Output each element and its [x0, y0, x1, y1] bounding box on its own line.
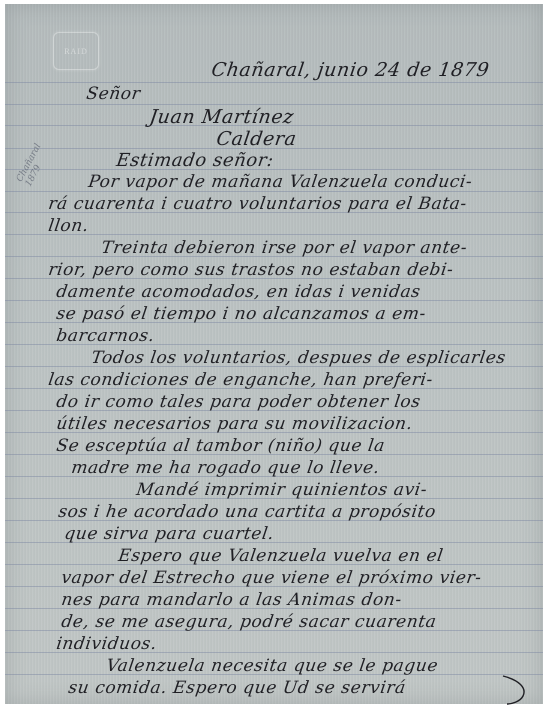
body-line: Mandé imprimir quinientos avi- [135, 480, 429, 500]
body-line: nes para mandarlo a las Animas don- [60, 590, 403, 610]
body-line: rá cuarenta i cuatro voluntarios para el… [47, 194, 468, 214]
body-line: Todos los voluntarios, despues de esplic… [90, 348, 507, 368]
body-line: do ir como tales para poder obtener los [55, 392, 422, 412]
body-line: que sirva para cuartel. [63, 524, 275, 544]
letter-page: RAID Chañaral 1879 Chañaral, junio 24 de… [5, 4, 543, 704]
body-line: útiles necesarios para su movilizacion. [55, 414, 414, 434]
body-line: Por vapor de mañana Valenzuela conduci- [87, 172, 474, 192]
salutation-title: Señor [85, 84, 142, 104]
body-line: Se esceptúa al tambor (niño) que la [55, 436, 386, 456]
ruled-line [5, 82, 543, 83]
body-line: Valenzuela necesita que se le pague [105, 656, 439, 676]
recipient-place: Caldera [215, 128, 298, 150]
embossed-stamp-icon: RAID [53, 32, 99, 70]
greeting: Estimado señor: [115, 150, 275, 171]
body-line: rior, pero como sus trastos no estaban d… [47, 260, 455, 280]
body-line: sos i he acordado una cartita a propósit… [57, 502, 437, 522]
body-line: vapor del Estrecho que viene el próximo … [60, 568, 483, 588]
ruled-line [5, 169, 543, 170]
body-line: Espero que Valenzuela vuelva en el [117, 546, 445, 566]
body-line: madre me ha rogado que lo lleve. [70, 458, 381, 478]
body-line: de, se me asegura, podré sacar cuarenta [60, 612, 438, 632]
body-line: barcarnos. [55, 326, 156, 346]
body-line: se pasó el tiempo i no alcanzamos a em- [55, 304, 427, 324]
body-line: Treinta debieron irse por el vapor ante- [100, 238, 469, 258]
ruled-line [5, 104, 543, 105]
page-turn-flourish-icon [501, 674, 531, 706]
body-line: las condiciones de enganche, han preferi… [47, 370, 434, 390]
recipient-name: Juan Martínez [148, 106, 295, 128]
margin-annotation: Chañaral 1879 [15, 142, 52, 188]
body-line: su comida. Espero que Ud se servirá [67, 678, 407, 698]
dateline: Chañaral, junio 24 de 1879 [210, 59, 491, 81]
body-line: individuos. [55, 634, 158, 654]
body-line: damente acomodados, en idas i venidas [55, 282, 422, 302]
body-line: llon. [47, 216, 90, 236]
